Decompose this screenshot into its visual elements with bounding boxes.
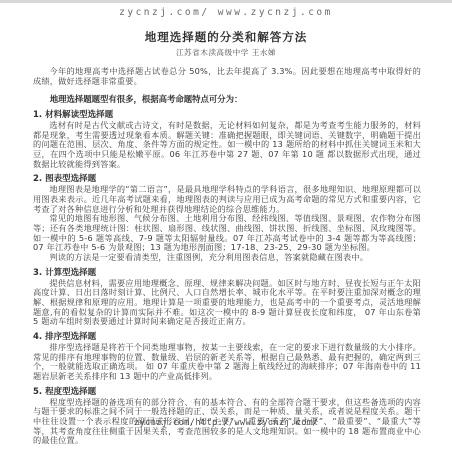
page-top-edge bbox=[0, 0, 452, 3]
section-chart-type: 2. 图表型选择题 地理图表是地理学的“第二语言”，是最具地理学科特点的学科语言… bbox=[33, 175, 421, 262]
lead-in-line: 地理选择题题型有很多，根据高考命题特点可分为： bbox=[33, 95, 421, 105]
section-paragraph: 选材有时是古代文献或古诗文，有时是数据，无论材料如何复杂，都是为考查考生能力服务… bbox=[33, 121, 421, 170]
header-watermark-url: zycnzj.com/ www.zycnzj.com bbox=[0, 7, 452, 18]
document-body: 今年的地理高考中选择题占试卷总分 50%，比去年提高了 3.3%。因此要想在地理… bbox=[33, 67, 421, 446]
section-paragraph: 排序型选择题是将若干个同类地理事物，按某一主要线索，在一定的要求下进行数量级的大… bbox=[33, 343, 421, 382]
section-paragraph: 地理图表是地理学的“第二语言”，是最具地理学科特点的学科语言，很多地理知识、地理… bbox=[33, 185, 421, 214]
section-paragraph: 常见的地图有地形图、气候分布图、土地利用分布图、经纬线图、等值线图、景观图、农作… bbox=[33, 214, 421, 253]
section-degree-type: 5. 程度型选择题 程度型选择题的备选项有的部分符合、有的基本符合、有的全部符合… bbox=[33, 388, 421, 446]
section-calculation-type: 3. 计算型选择题 提供信息材料，需要应用地理概念、原理、规律来解决问题。如区时… bbox=[33, 269, 421, 327]
document-page: zycnzj.com/ www.zycnzj.com 地理选择题的分类和解答方法… bbox=[0, 0, 452, 452]
section-material-type: 1. 材料解读型选择题 选材有时是古代文献或古诗文，有时是数据，无论材料如何复杂… bbox=[33, 111, 421, 169]
document-byline: 江苏省木渎高级中学 王水娣 bbox=[0, 47, 452, 58]
section-paragraph: 判读的方法是一定要看清类型，注重图例，充分利用图表信息，答案就隐藏在图表中。 bbox=[33, 253, 421, 263]
footer-watermark-url: zycnzj.com/http://www.zycnzj.com/ bbox=[0, 418, 452, 428]
document-title: 地理选择题的分类和解答方法 bbox=[0, 29, 452, 45]
section-paragraph: 提供信息材料，需要应用地理概念、原理、规律来解决问题。如区时与地方时、昼夜长短与… bbox=[33, 279, 421, 328]
section-ordering-type: 4. 排序型选择题 排序型选择题是将若干个同类地理事物，按某一主要线索，在一定的… bbox=[33, 333, 421, 382]
intro-paragraph: 今年的地理高考中选择题占试卷总分 50%，比去年提高了 3.3%。因此要想在地理… bbox=[33, 67, 421, 86]
